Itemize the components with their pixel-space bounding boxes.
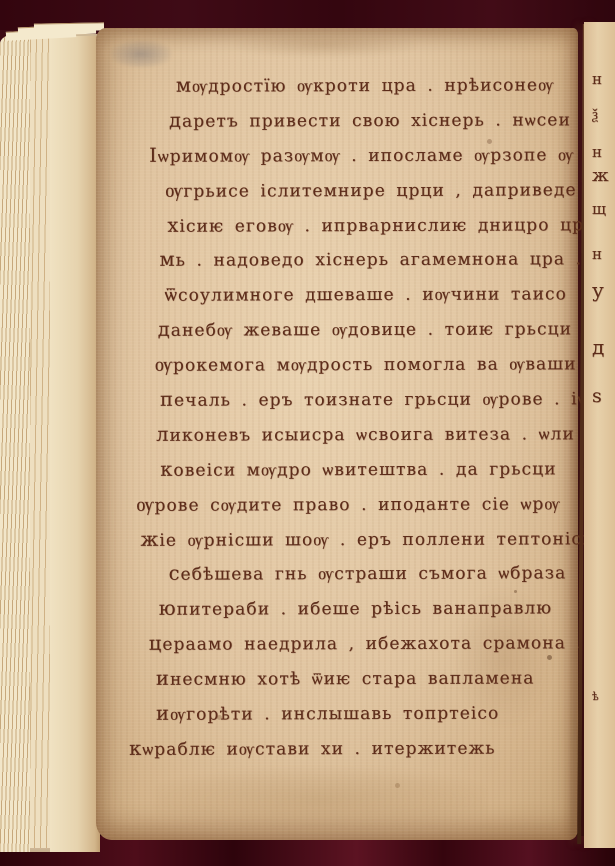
facing-page-letter: н	[592, 143, 603, 161]
handwritten-text-block: мѹдростїю ѹкроти цра . нрѣисонеѹдаретъ п…	[127, 67, 610, 766]
text-line: жіе ѹрнісши шоѹ . еръ поллени тептонісь	[140, 521, 609, 558]
text-line: хісиѥ еговѹ . ипрварнислиѥ дницро црцѡ	[167, 207, 608, 243]
text-line: ковеіси мѹдро ѡвитештва . да грьсци	[160, 451, 609, 487]
book-photo: мѹдростїю ѹкроти цра . нрѣисонеѹдаретъ п…	[0, 0, 615, 866]
smudge-mark	[110, 40, 172, 68]
page-edges-dense	[0, 34, 30, 852]
text-line: ѹгрьисе іслитемнире црци , даприведе	[165, 172, 608, 208]
text-line: печаль . еръ тоизнате грьсци ѹрове . іѡ	[160, 381, 609, 417]
facing-page-letter: ѣ	[592, 690, 600, 703]
facing-page-letter: д	[592, 335, 605, 359]
facing-page-letter: н	[592, 245, 603, 263]
facing-page-letter: ѯ	[592, 105, 599, 124]
facing-page-letter: ѕ	[592, 385, 603, 407]
text-line: ѹрокемога мѹдрость помогла ва ѹваши	[155, 346, 609, 382]
page-edges-sparse	[30, 38, 50, 848]
text-line: цераамо наедрила , ибежахота срамона .	[149, 625, 610, 661]
facing-page-edge: нѯнжщнудѕѣ	[584, 22, 615, 848]
facing-page-letter: у	[592, 278, 605, 302]
text-line: Іѡримомѹ разѹмѹ . ипосламе ѹрзопе ѹ	[149, 137, 608, 173]
stain	[236, 32, 416, 58]
text-line: ѹрове сѹдите право . иподанте сіе ѡрѹ	[136, 486, 609, 523]
text-line: данебѹ жеваше ѹдовице . тоиѥ грьсци	[158, 311, 609, 347]
text-line: ликоневъ исыисра ѡсвоига витеза . ѡли	[156, 416, 609, 452]
text-line: кѡраблѥ иѹстави хи . итержитежь	[129, 730, 610, 767]
page-corner-step	[34, 22, 104, 31]
text-line: ѿсоулимноге дшеваше . иѹчини таисо	[165, 277, 609, 313]
underlying-page-edge	[50, 36, 100, 852]
text-line: иѹгорѣти . инслышавь топртеісо	[156, 695, 610, 731]
text-line: инесмню хотѣ ѿиѥ стара вапламена	[156, 660, 610, 696]
text-line: юпитераби . ибеше рѣісь ванаправлю	[159, 591, 610, 627]
ink-specks	[96, 28, 99, 31]
text-line: даретъ привести свою хіснерь . нѡсеи	[169, 102, 608, 138]
text-line: себѣшева гнь ѹстраши съмога ѡбраза	[168, 556, 609, 592]
text-line: мѹдростїю ѹкроти цра . нрѣисонеѹ	[176, 67, 608, 103]
page-stack-fore-edge	[0, 34, 100, 852]
text-line: мь . надоведо хіснерь агамемнона цра . и	[159, 242, 608, 278]
facing-page-letter: н	[592, 70, 603, 88]
facing-page-letter: щ	[592, 200, 607, 218]
facing-page-letter: ж	[592, 165, 610, 186]
stain	[156, 768, 486, 832]
